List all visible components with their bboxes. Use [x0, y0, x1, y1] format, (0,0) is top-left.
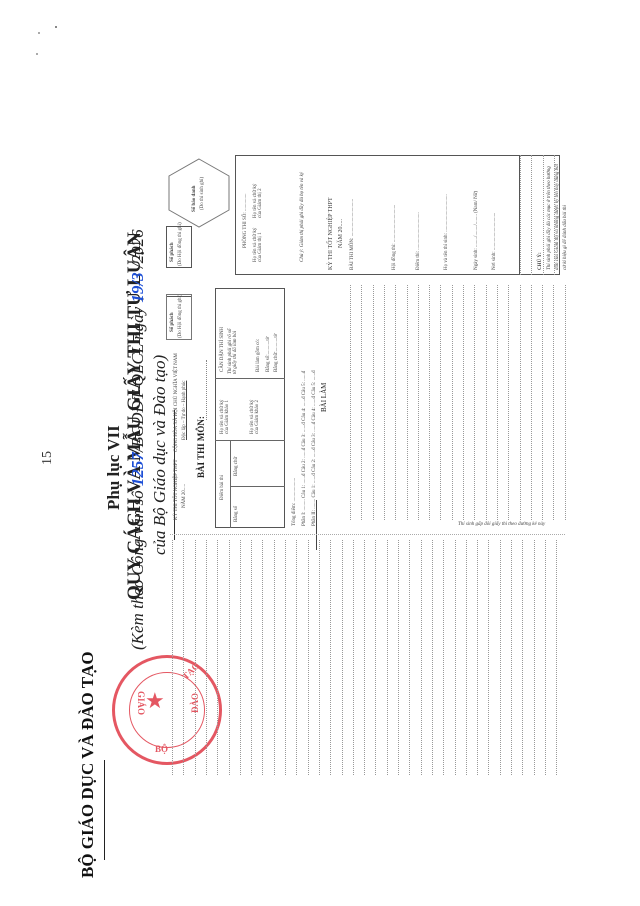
ruled-line: [183, 540, 184, 775]
ruled-line: [353, 540, 354, 775]
ruled-line: [463, 285, 464, 520]
score-number-label: Bằng số: [234, 506, 239, 522]
ruled-line: [364, 540, 365, 775]
candidate-note-title: CẦN DẶN THÍ SINH: [220, 327, 225, 372]
answer-rule: [316, 500, 317, 550]
ruled-line: [520, 285, 521, 520]
ruled-line: [543, 155, 544, 275]
ruled-line: [554, 155, 555, 275]
ruled-line: [556, 540, 557, 775]
ruled-line: [342, 540, 343, 775]
issuer-name: BỘ GIÁO DỤC VÀ ĐÀO TẠO: [78, 651, 98, 878]
table-divider: [215, 440, 285, 441]
ruled-line: [330, 540, 331, 775]
ruled-line: [488, 540, 489, 775]
ruled-line: [474, 285, 475, 520]
subtitle-year: /2026: [128, 229, 147, 272]
fold-note: Thí sinh gấp đôi giấy thi theo đường kẻ …: [458, 522, 545, 527]
appendix-label: Phụ lục VII: [104, 425, 124, 510]
scan-speck: [55, 26, 57, 28]
candidate-note: Thí sinh phải ghi rõ số tờ giấy thi đã l…: [228, 324, 238, 374]
exam-name-left: KỲ THI TỐT NGHIỆP THPT: [174, 459, 179, 520]
ruled-line: [466, 540, 467, 775]
issuer-underline: [104, 760, 105, 860]
seal-text-bottom: GIÁO: [136, 691, 146, 715]
table-divider: [230, 440, 231, 528]
answer-heading: BÀI LÀM: [320, 383, 328, 412]
candidate-number-hexagon: [168, 158, 230, 228]
subject-label-left: BÀI THI MÔN:: [196, 416, 206, 478]
ruled-line: [553, 285, 554, 520]
ruled-line: [407, 285, 408, 520]
ruled-line: [520, 155, 521, 275]
ruled-line: [522, 540, 523, 775]
subtitle-line1: (Kèm theo Công văn số 1257/BGDĐT-QLCL ng…: [128, 229, 148, 650]
ruled-line: [486, 285, 487, 520]
total-score[interactable]: Tổng điểm: ...................: [292, 478, 297, 526]
scan-speck: [36, 53, 38, 55]
table-divider: [215, 378, 285, 379]
info-box-outer: [235, 155, 560, 275]
pages-label: Bài làm gồm có:: [256, 339, 261, 372]
ruled-line: [395, 285, 396, 520]
ruled-line: [418, 285, 419, 520]
seal-star-icon: ★: [145, 688, 165, 714]
ruled-line: [429, 285, 430, 520]
ruled-line: [565, 285, 566, 520]
ruled-line: [398, 540, 399, 775]
ruled-line: [240, 540, 241, 775]
ruled-line: [206, 540, 207, 775]
candidate-number-note: (Do thí sinh ghi): [200, 177, 205, 210]
ruled-line: [497, 285, 498, 520]
pages-words[interactable]: Bằng chữ:...........tờ: [274, 334, 279, 372]
ruled-line: [542, 285, 543, 520]
ruled-line: [545, 540, 546, 775]
subtitle-prefix: (Kèm theo Công văn số: [128, 486, 147, 650]
ruled-line: [251, 540, 252, 775]
candidate-number-label: Số báo danh: [192, 186, 197, 212]
ruled-line: [534, 540, 535, 775]
page-number: 15: [40, 451, 56, 465]
table-divider: [230, 486, 285, 487]
ruled-line: [319, 540, 320, 775]
ruled-line: [172, 540, 173, 775]
pages-number[interactable]: Bằng số:...........tờ: [266, 337, 271, 372]
ruled-line: [531, 155, 532, 275]
part1-scores[interactable]: Phần I: ......... Câu 1: ......đ Câu 2: …: [302, 371, 307, 526]
ruled-line: [229, 540, 230, 775]
serial-label-right: Số phách: [170, 242, 175, 262]
serial-note-right: (Do Hội đồng thi ghi): [178, 222, 183, 266]
subtitle-mid: /BGDĐT-QLCL ngày: [128, 303, 147, 453]
subtitle-line2: của Bộ Giáo dục và Đào tạo): [150, 355, 170, 555]
ruled-line: [375, 540, 376, 775]
ruled-line: [432, 540, 433, 775]
ruled-line: [508, 285, 509, 520]
score-words-label: Bằng chữ: [234, 457, 239, 476]
ruled-line: [455, 540, 456, 775]
ruled-line: [373, 285, 374, 520]
subject-fill-line[interactable]: [206, 360, 207, 420]
fold-line: [170, 534, 565, 535]
ruled-line: [409, 540, 410, 775]
ruled-line: [296, 540, 297, 775]
ruled-line: [443, 540, 444, 775]
national-motto: Độc lập – Tự do – Hạnh phúc: [182, 381, 187, 440]
country-name: CỘNG HÒA XÃ HỘI CHỦ NGHĨA VIỆT NAM: [174, 353, 179, 452]
examiner1-label: Họ tên và chữ ký của Giám khảo 1: [220, 394, 230, 434]
ruled-line: [421, 540, 422, 775]
ruled-line: [308, 540, 309, 775]
exam-year-left: NĂM 20.....: [182, 484, 187, 508]
ruled-line: [262, 540, 263, 775]
ruled-line: [440, 285, 441, 520]
handwritten-doc-number: 1257: [128, 452, 147, 486]
ruled-line: [387, 540, 388, 775]
ruled-line: [500, 540, 501, 775]
ruled-line: [384, 285, 385, 520]
ruled-line: [217, 540, 218, 775]
ruled-line: [361, 285, 362, 520]
ruled-line: [350, 285, 351, 520]
ruled-line: [285, 540, 286, 775]
score-header: Điểm bài thi: [220, 475, 225, 500]
ruled-line: [195, 540, 196, 775]
ruled-line: [452, 285, 453, 520]
ruled-line: [274, 540, 275, 775]
examiner2-label: Họ tên và chữ ký của Giám khảo 2: [250, 394, 260, 434]
ruled-line: [477, 540, 478, 775]
seal-text-left: BỘ: [155, 744, 168, 754]
ruled-line: [511, 540, 512, 775]
scan-speck: [38, 32, 40, 34]
ruled-line: [531, 285, 532, 520]
handwritten-date: 19/3: [128, 272, 147, 302]
serial-box-top: [166, 294, 192, 340]
